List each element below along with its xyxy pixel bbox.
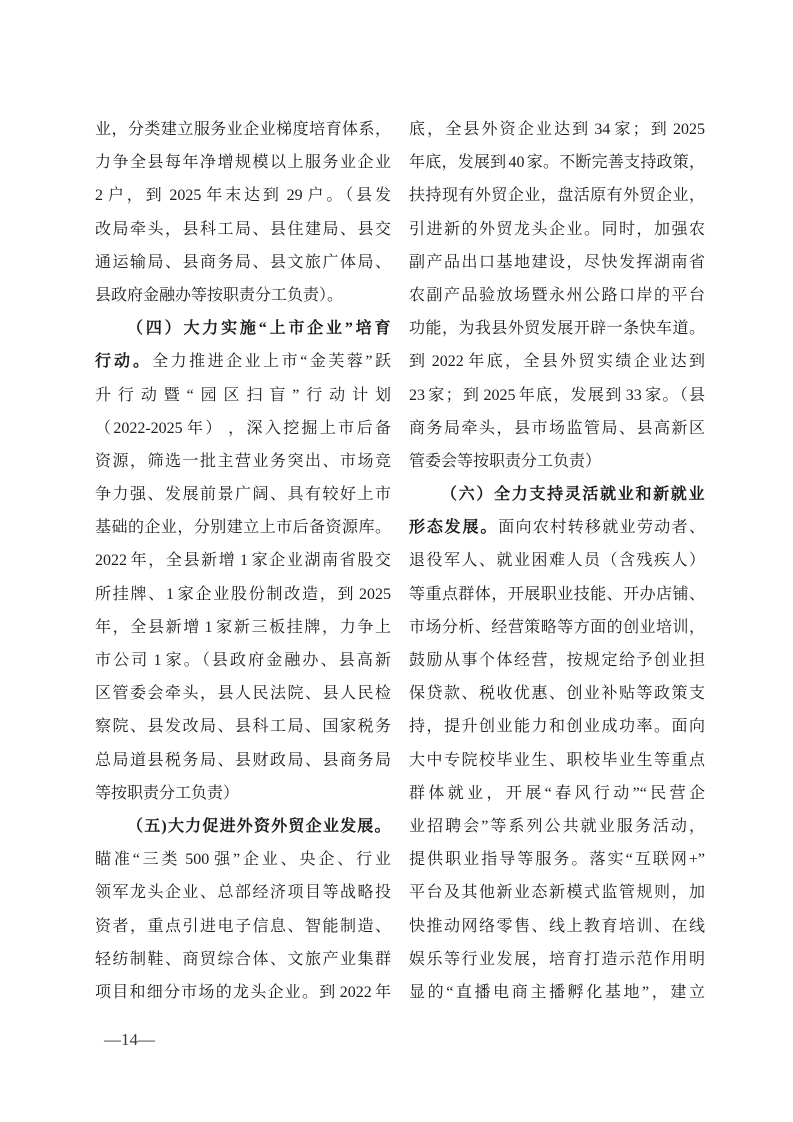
- text-line: 察院、县发改局、县科工局、国家税务: [95, 710, 391, 743]
- text-line: 功能，为我县外贸发展开辟一条快车道。: [409, 312, 705, 345]
- text-line: 引进新的外贸龙头企业。同时，加强农: [409, 213, 705, 246]
- text-line: 娱乐等行业发展，培育打造示范作用明: [409, 943, 705, 976]
- text-line: 2 户，到 2025 年末达到 29 户。（县发: [95, 179, 391, 212]
- page-number: —14—: [104, 1030, 155, 1050]
- text-line: 区管委会牵头，县人民法院、县人民检: [95, 677, 391, 710]
- text-line: 等重点群体，开展职业技能、开办店铺、: [409, 578, 705, 611]
- text-line: 改局牵头，县科工局、县住建局、县交: [95, 213, 391, 246]
- text-line: 群体就业，开展“春风行动”“民营企: [409, 777, 705, 810]
- text-line: 行动。全力推进企业上市“金芙蓉”跃: [95, 345, 391, 378]
- text-line: 市公司 1 家。（县政府金融办、县高新: [95, 644, 391, 677]
- text-line: 市场分析、经营策略等方面的创业培训，: [409, 611, 705, 644]
- text-line: 副产品出口基地建设，尽快发挥湖南省: [409, 246, 705, 279]
- bold-heading-text: （四）大力实施“上市企业”培育: [127, 320, 391, 337]
- text-line: 显的“直播电商主播孵化基地”，建立: [409, 976, 705, 1009]
- text-line: 形态发展。面向农村转移就业劳动者、: [409, 511, 705, 544]
- text-line: 快推动网络零售、线上教育培训、在线: [409, 910, 705, 943]
- text-line: 总局道县税务局、县财政局、县商务局: [95, 744, 391, 777]
- text-line: 商务局牵头，县市场监管局、县高新区: [409, 412, 705, 445]
- text-line: 业，分类建立服务业企业梯度培育体系，: [95, 113, 391, 146]
- text-line: 资者，重点引进电子信息、智能制造、: [95, 910, 391, 943]
- text-line: 等按职责分工负责）: [95, 777, 391, 810]
- text-line: 持，提升创业能力和创业成功率。面向: [409, 710, 705, 743]
- text-line: 年底，发展到 40 家。不断完善支持政策，: [409, 146, 705, 179]
- text-line: （六）全力支持灵活就业和新就业: [409, 478, 705, 511]
- text-line: 鼓励从事个体经营，按规定给予创业担: [409, 644, 705, 677]
- text-line: 管委会等按职责分工负责）: [409, 445, 705, 478]
- text-line: 轻纺制鞋、商贸综合体、文旅产业集群: [95, 943, 391, 976]
- bold-heading-text: 形态发展。: [409, 519, 498, 536]
- text-line: （2022-2025 年） ，深入挖掘上市后备: [95, 412, 391, 445]
- text-line: 平台及其他新业态新模式监管规则，加: [409, 876, 705, 909]
- text-line: 争力强、发展前景广阔、具有较好上市: [95, 478, 391, 511]
- text-line: 力争全县每年净增规模以上服务业企业: [95, 146, 391, 179]
- text-line: 退役军人、就业困难人员（含残疾人）: [409, 544, 705, 577]
- text-line: 保贷款、税收优惠、创业补贴等政策支: [409, 677, 705, 710]
- text-line: 业招聘会”等系列公共就业服务活动，: [409, 810, 705, 843]
- text-line: 所挂牌、1 家企业股份制改造，到 2025: [95, 578, 391, 611]
- text-line: 23 家；到 2025 年底，发展到 33 家。（县: [409, 379, 705, 412]
- text-line: 领军龙头企业、总部经济项目等战略投: [95, 876, 391, 909]
- text-line: 大中专院校毕业生、职校毕业生等重点: [409, 744, 705, 777]
- text-line: 扶持现有外贸企业，盘活原有外贸企业，: [409, 179, 705, 212]
- text-column-right: 底，全县外资企业达到 34 家；到 2025年底，发展到 40 家。不断完善支持…: [409, 113, 705, 1009]
- text-line: 农副产品验放场暨永州公路口岸的平台: [409, 279, 705, 312]
- bold-heading-text: 行动。: [95, 353, 152, 370]
- document-page: 业，分类建立服务业企业梯度培育体系，力争全县每年净增规模以上服务业企业2 户，到…: [0, 0, 793, 1122]
- text-line: 提供职业指导等服务。落实“互联网+”: [409, 843, 705, 876]
- text-columns: 业，分类建立服务业企业梯度培育体系，力争全县每年净增规模以上服务业企业2 户，到…: [95, 113, 705, 1009]
- text-line: 基础的企业，分别建立上市后备资源库。: [95, 511, 391, 544]
- text-line: 升行动暨“园区扫盲”行动计划: [95, 379, 391, 412]
- text-line: 年，全县新增 1 家新三板挂牌，力争上: [95, 611, 391, 644]
- text-line: 通运输局、县商务局、县文旅广体局、: [95, 246, 391, 279]
- text-column-left: 业，分类建立服务业企业梯度培育体系，力争全县每年净增规模以上服务业企业2 户，到…: [95, 113, 391, 1009]
- text-line: （五)大力促进外资外贸企业发展。: [95, 810, 391, 843]
- text-line: 到 2022 年底，全县外贸实绩企业达到: [409, 345, 705, 378]
- text-line: 底，全县外资企业达到 34 家；到 2025: [409, 113, 705, 146]
- text-line: 2022 年，全县新增 1 家企业湖南省股交: [95, 544, 391, 577]
- bold-heading-text: （六）全力支持灵活就业和新就业: [441, 486, 705, 503]
- text-line: 县政府金融办等按职责分工负责）。: [95, 279, 391, 312]
- text-line: 资源，筛选一批主营业务突出、市场竞: [95, 445, 391, 478]
- text-line: 项目和细分市场的龙头企业。到 2022 年: [95, 976, 391, 1009]
- text-line: 瞄准“三类 500 强”企业、央企、行业: [95, 843, 391, 876]
- bold-heading-text: （五)大力促进外资外贸企业发展。: [127, 818, 391, 835]
- text-line: （四）大力实施“上市企业”培育: [95, 312, 391, 345]
